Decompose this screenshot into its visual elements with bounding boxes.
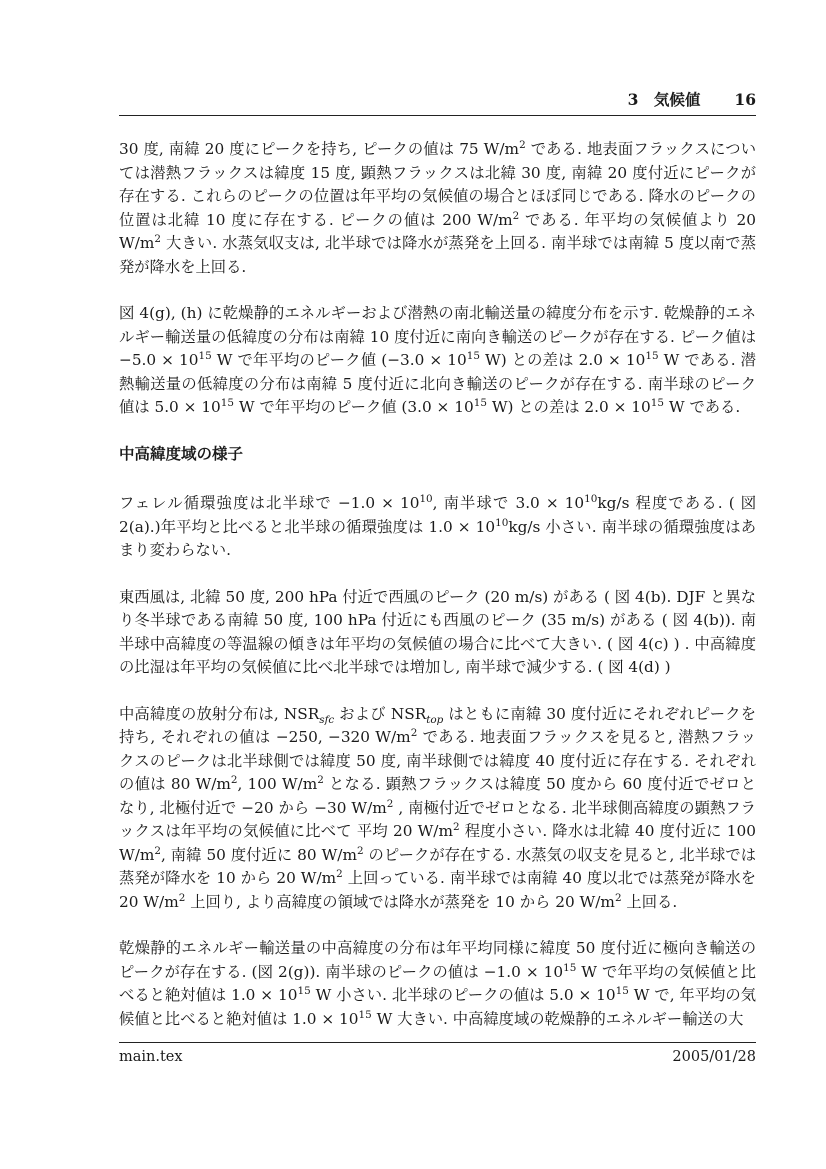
footer-date: 2005/01/28 bbox=[672, 1049, 756, 1065]
body-text: 30 度, 南緯 20 度にピークを持ち, ピークの値は 75 W/m2 である… bbox=[119, 138, 756, 1054]
body-paragraph-3: フェレル循環強度は北半球で −1.0 × 1010, 南半球で 3.0 × 10… bbox=[119, 492, 756, 563]
body-paragraph-4: 東西風は, 北緯 50 度, 200 hPa 付近で西風のピーク (20 m/s… bbox=[119, 586, 756, 680]
subsection-heading: 中高緯度域の様子 bbox=[119, 443, 756, 467]
page-footer: main.tex 2005/01/28 bbox=[119, 1042, 756, 1065]
section-title: 3 気候値 bbox=[628, 88, 701, 110]
footer-filename: main.tex bbox=[119, 1049, 183, 1065]
page-header: 3 気候値 16 bbox=[119, 88, 756, 116]
document-page: 3 気候値 16 30 度, 南緯 20 度にピークを持ち, ピークの値は 75… bbox=[0, 0, 826, 1169]
body-paragraph-2: 図 4(g), (h) に乾燥静的エネルギーおよび潜熱の南北輸送量の緯度分布を示… bbox=[119, 302, 756, 420]
body-paragraph-5: 中高緯度の放射分布は, NSRsfc および NSRtop はともに南緯 30 … bbox=[119, 703, 756, 915]
body-paragraph-6: 乾燥静的エネルギー輸送量の中高緯度の分布は年平均同様に緯度 50 度付近に極向き… bbox=[119, 937, 756, 1031]
running-head: 3 気候値 16 bbox=[119, 88, 756, 115]
header-rule bbox=[119, 115, 756, 116]
footer-row: main.tex 2005/01/28 bbox=[119, 1043, 756, 1065]
page-number: 16 bbox=[734, 90, 756, 109]
body-paragraph-1: 30 度, 南緯 20 度にピークを持ち, ピークの値は 75 W/m2 である… bbox=[119, 138, 756, 279]
